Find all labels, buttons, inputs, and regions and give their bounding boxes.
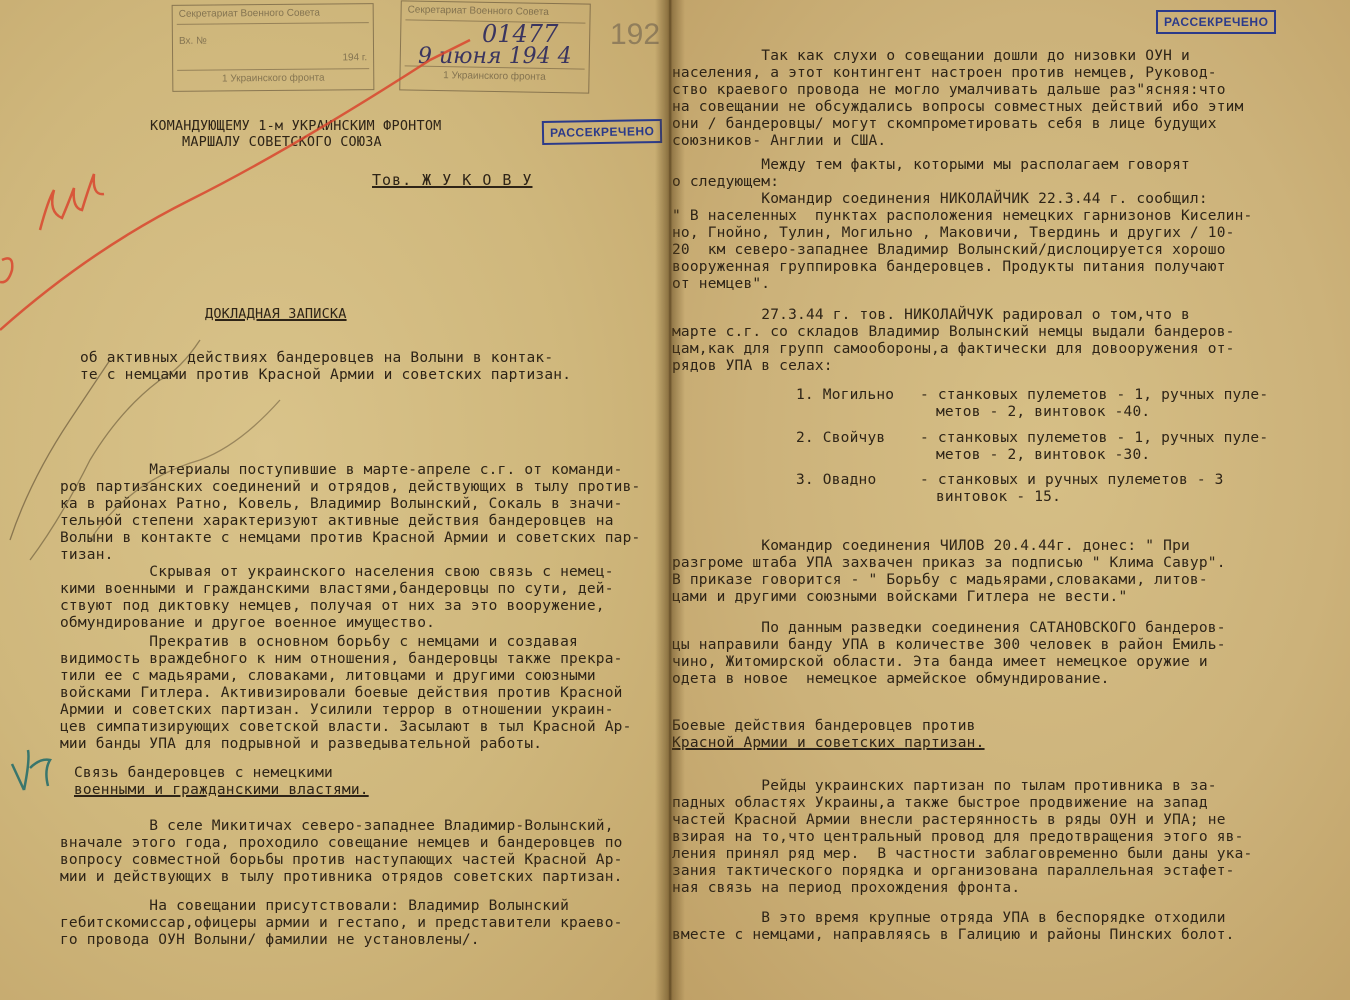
weapons-detail: - станковых пулеметов - 1, ручных пуле-	[920, 387, 1268, 403]
text-line: 27.3.44 г. тов. НИКОЛАЙЧУК радировал о т…	[672, 307, 1190, 323]
text-line: они / бандеровцы/ могут скомпрометироват…	[672, 116, 1217, 132]
heading-line: Боевые действия бандеровцев против	[672, 718, 976, 734]
village-name: 2. Свойчув	[796, 430, 885, 446]
text-line: 20 км северо-западнее Владимир Волынский…	[672, 242, 1226, 258]
red-pencil-strike-icon	[0, 0, 668, 1000]
text-line: цы направили банду УПА в количестве 300 …	[672, 637, 1226, 653]
text-line: Командир соединения НИКОЛАЙЧИК 22.3.44 г…	[672, 191, 1208, 207]
text-line: но, Гнойно, Тулин, Могильно , Маковичи, …	[672, 225, 1235, 241]
text-line: ления принял ряд мер. В частности заблаг…	[672, 846, 1252, 862]
heading-line: Красной Армии и советских партизан.	[672, 735, 985, 751]
right-page: РАССЕКРЕЧЕНО Так как слухи о совещании д…	[668, 0, 1350, 1000]
weapons-detail: - станковых и ручных пулеметов - 3	[920, 472, 1224, 488]
text-line: взирая на то,что центральный провод для …	[672, 829, 1244, 845]
text-line: одета в новое немецкое армейское обмунди…	[672, 671, 1110, 687]
text-line: вместе с немцами, направляясь в Галицию …	[672, 927, 1235, 943]
weapons-detail: метов - 2, винтовок -30.	[936, 447, 1150, 463]
text-line: цами и другими союзными войсками Гитлера…	[672, 589, 1127, 605]
text-line: чино, Житомирской области. Эта банда име…	[672, 654, 1208, 670]
left-page: Секретариат Военного Совета Вх. № 194 г.…	[0, 0, 668, 1000]
text-line: По данным разведки соединения САТАНОВСКО…	[672, 620, 1226, 636]
declassified-stamp: РАССЕКРЕЧЕНО	[1156, 10, 1276, 34]
text-line: разгроме штаба УПА захвачен приказ за по…	[672, 555, 1226, 571]
text-line: ство краевого провода не могло умалчиват…	[672, 82, 1226, 98]
text-line: " В населенных пунктах расположения неме…	[672, 208, 1252, 224]
text-line: Рейды украинских партизан по тылам проти…	[672, 778, 1217, 794]
weapons-detail: - станковых пулеметов - 1, ручных пуле-	[920, 430, 1268, 446]
text-line: ная связь на период прохождения фронта.	[672, 880, 1020, 896]
text-line: от немцев".	[672, 276, 770, 292]
village-name: 3. Овадно	[796, 472, 876, 488]
text-line: Так как слухи о совещании дошли до низов…	[672, 48, 1190, 64]
text-line: В приказе говорится - " Борьбу с мадьяра…	[672, 572, 1208, 588]
text-line: частей Красной Армии внесли растерянност…	[672, 812, 1226, 828]
text-line: Командир соединения ЧИЛОВ 20.4.44г. доне…	[672, 538, 1190, 554]
weapons-detail: метов - 2, винтовок -40.	[936, 404, 1150, 420]
text-line: Между тем факты, которыми мы располагаем…	[672, 157, 1190, 173]
text-line: о следующем:	[672, 174, 779, 190]
village-name: 1. Могильно	[796, 387, 894, 403]
page-gutter	[655, 0, 685, 1000]
text-line: на совещании не обсуждались вопросы совм…	[672, 99, 1244, 115]
text-line: марте с.г. со складов Владимир Волынский…	[672, 324, 1235, 340]
text-line: В это время крупные отряда УПА в беспоря…	[672, 910, 1226, 926]
text-line: падных областях Украины,а также быстрое …	[672, 795, 1208, 811]
text-line: зания тактического порядка и организован…	[672, 863, 1235, 879]
text-line: населения, а этот контингент настроен пр…	[672, 65, 1217, 81]
weapons-detail: винтовок - 15.	[936, 489, 1061, 505]
text-line: цам,как для групп самообороны,а фактичес…	[672, 341, 1235, 357]
text-line: рядов УПА в селах:	[672, 358, 833, 374]
text-line: вооруженная группировка бандеровцев. Про…	[672, 259, 1226, 275]
text-line: союзников- Англии и США.	[672, 133, 886, 149]
